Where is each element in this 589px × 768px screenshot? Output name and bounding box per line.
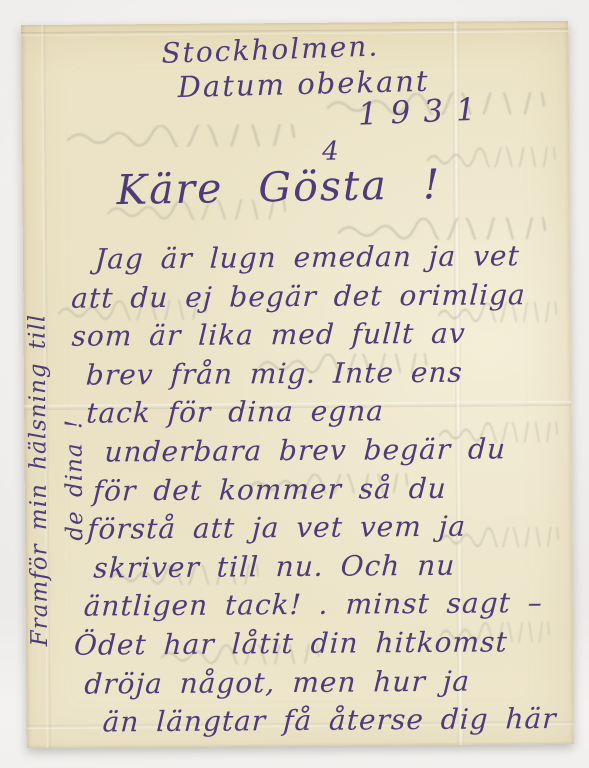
body-line: äntligen tack! . minst sagt – [83, 584, 557, 626]
year-line: 1931 [357, 91, 489, 133]
body-line: tack för dina egna [85, 391, 555, 433]
body-line: att du ej begär det orimliga [70, 276, 554, 318]
margin-note-line: de dina ! [55, 265, 94, 695]
body-line: dröja något, men hur ja [83, 662, 557, 704]
margin-note-line: Framför min hälsning till [19, 265, 58, 695]
body-line: brev från mig. Inte ens [85, 353, 555, 395]
body-line: som är lika med fullt av [71, 314, 555, 356]
letter-body: Jag är lugn emedan ja vet att du ej begä… [69, 237, 557, 743]
bleedthrough-ghost-line [426, 147, 556, 168]
body-line: skriver till nu. Och nu [93, 546, 557, 588]
bleedthrough-ghost-line [66, 124, 296, 148]
body-line: än längtar få återse dig här [102, 700, 558, 742]
letter-header: Stockholmen. Datum obekant 1931 [21, 21, 568, 25]
body-line: förstå att ja vet vem ja [86, 507, 556, 549]
body-line: underbara brev begär du [104, 430, 556, 472]
body-line: Ödet har låtit din hitkomst [73, 623, 557, 665]
place-line: Stockholmen. [161, 30, 380, 70]
body-line: Jag är lugn emedan ja vet [94, 237, 554, 279]
margin-note: Framför min hälsning till de dina ! [19, 265, 94, 696]
body-line: för det kommer så du [92, 469, 556, 511]
salutation: Käre Gösta ! [116, 160, 442, 214]
letter-paper: Stockholmen. Datum obekant 1931 4 Käre G… [21, 21, 574, 748]
photo-backdrop: Stockholmen. Datum obekant 1931 4 Käre G… [0, 0, 589, 768]
